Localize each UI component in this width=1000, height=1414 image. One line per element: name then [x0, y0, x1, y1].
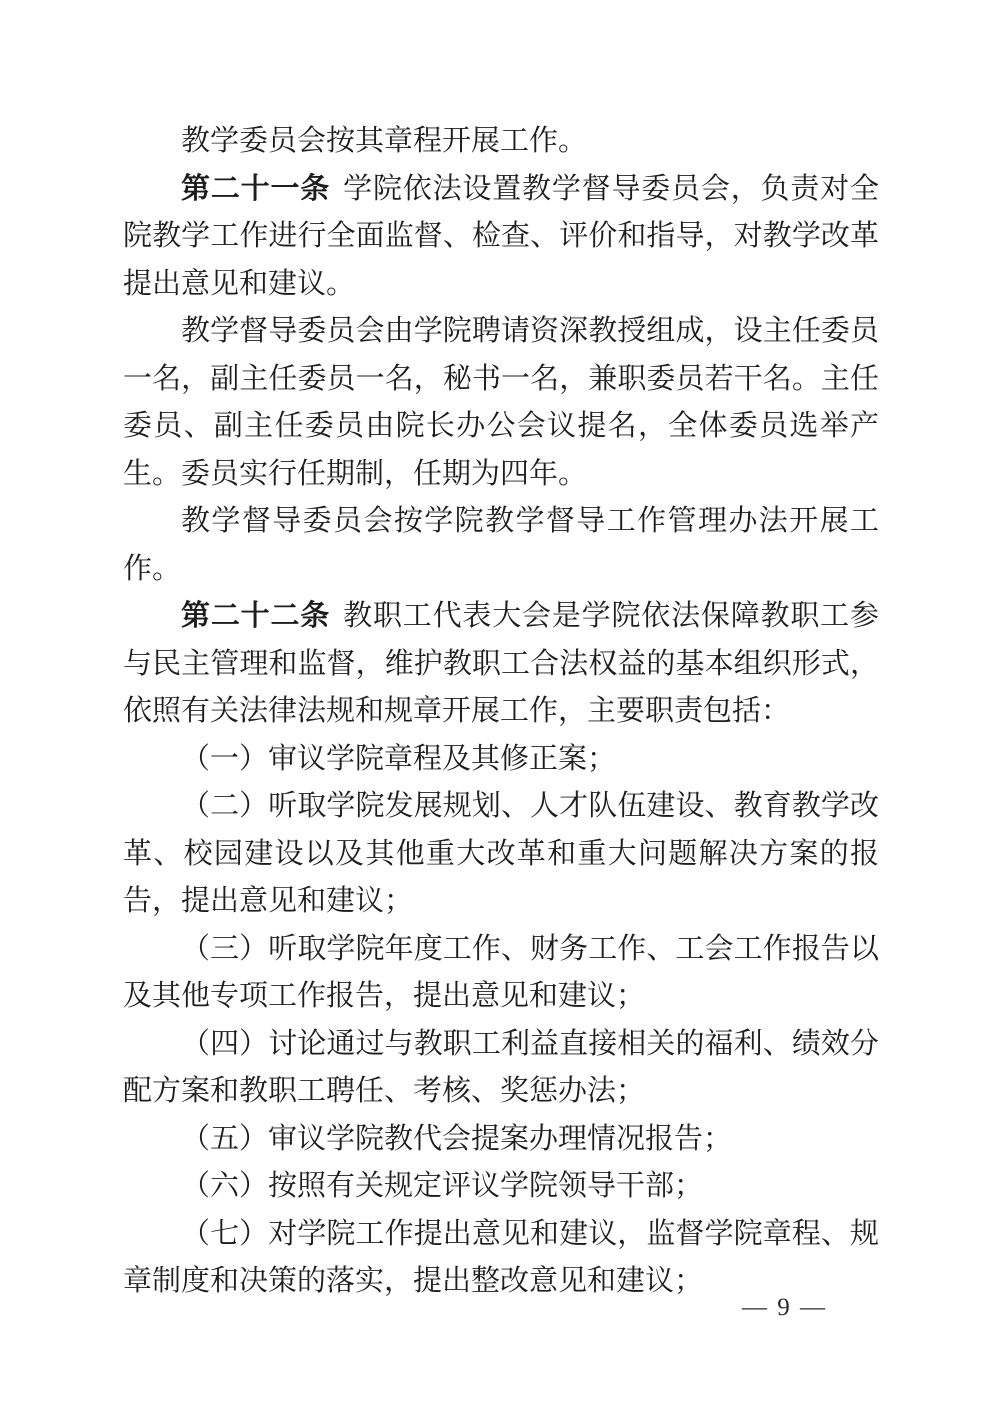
paragraph: （五）审议学院教代会提案办理情况报告； [123, 1116, 879, 1164]
paragraph: （七）对学院工作提出意见和建议，监督学院章程、规章制度和决策的落实，提出整改意见… [123, 1211, 879, 1306]
paragraph: （三）听取学院年度工作、财务工作、工会工作报告以及其他专项工作报告，提出意见和建… [123, 926, 879, 1021]
paragraph: （一）审议学院章程及其修正案； [123, 736, 879, 784]
page-number: — 9 — [742, 1294, 827, 1321]
paragraph: 第二十二条教职工代表大会是学院依法保障教职工参与民主管理和监督，维护教职工合法权… [123, 593, 879, 736]
document-page: 教学委员会按其章程开展工作。 第二十一条学院依法设置教学督导委员会，负责对全院教… [0, 0, 1000, 1414]
article-number-label: 第二十二条 [181, 600, 343, 632]
paragraph-text: （七）对学院工作提出意见和建议，监督学院章程、规章制度和决策的落实，提出整改意见… [123, 1218, 879, 1298]
article-number-label: 第二十一条 [181, 173, 343, 205]
paragraph: （四）讨论通过与教职工利益直接相关的福利、绩效分配方案和教职工聘任、考核、奖惩办… [123, 1021, 879, 1116]
page-footer: — 9 — [742, 1294, 827, 1322]
document-body: 教学委员会按其章程开展工作。 第二十一条学院依法设置教学督导委员会，负责对全院教… [123, 118, 879, 1306]
paragraph-text: （四）讨论通过与教职工利益直接相关的福利、绩效分配方案和教职工聘任、考核、奖惩办… [123, 1028, 879, 1108]
paragraph: 第二十一条学院依法设置教学督导委员会，负责对全院教学工作进行全面监督、检查、评价… [123, 166, 879, 309]
paragraph-text: （一）审议学院章程及其修正案； [181, 743, 616, 775]
paragraph-text: 教学督导委员会按学院教学督导工作管理办法开展工作。 [123, 505, 879, 585]
paragraph-text: 教学委员会按其章程开展工作。 [181, 125, 587, 157]
paragraph: 教学督导委员会按学院教学督导工作管理办法开展工作。 [123, 498, 879, 593]
paragraph-text: （五）审议学院教代会提案办理情况报告； [181, 1123, 732, 1155]
paragraph: 教学委员会按其章程开展工作。 [123, 118, 879, 166]
paragraph-text: （二）听取学院发展规划、人才队伍建设、教育教学改革、校园建设以及其他重大改革和重… [123, 790, 879, 917]
paragraph: 教学督导委员会由学院聘请资深教授组成，设主任委员一名，副主任委员一名，秘书一名，… [123, 308, 879, 498]
paragraph-text: （三）听取学院年度工作、财务工作、工会工作报告以及其他专项工作报告，提出意见和建… [123, 933, 879, 1013]
paragraph-text: （六）按照有关规定评议学院领导干部； [181, 1170, 703, 1202]
paragraph: （二）听取学院发展规划、人才队伍建设、教育教学改革、校园建设以及其他重大改革和重… [123, 783, 879, 926]
paragraph: （六）按照有关规定评议学院领导干部； [123, 1163, 879, 1211]
paragraph-text: 教学督导委员会由学院聘请资深教授组成，设主任委员一名，副主任委员一名，秘书一名，… [123, 315, 879, 490]
